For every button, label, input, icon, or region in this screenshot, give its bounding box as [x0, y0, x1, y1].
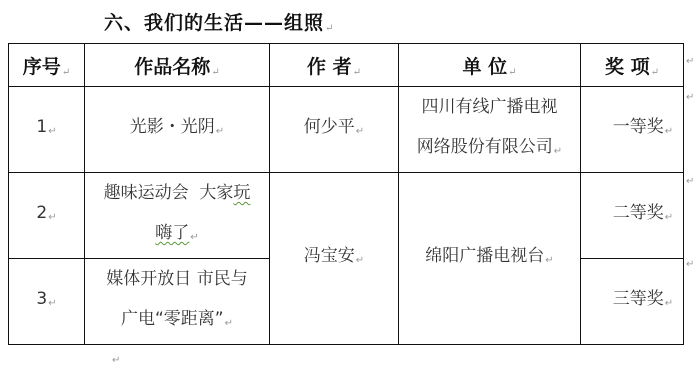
section-title-text: 六、我们的生活——组照 — [104, 12, 324, 34]
cell-number: 3↵ — [9, 259, 85, 345]
section-title: 六、我们的生活——组照↵ — [104, 8, 334, 35]
paragraph-mark-icon: ↵ — [686, 92, 694, 103]
header-work-title: 作品名称↵ — [85, 44, 270, 87]
paragraph-mark-icon: ↵ — [686, 56, 694, 67]
paragraph-mark-icon: ↵ — [686, 259, 694, 270]
table-header-row: 序号↵ 作品名称↵ 作 者↵ 单 位↵ 奖 项↵ — [9, 44, 684, 87]
cell-work-title: 媒体开放日 市民与广电“零距离”↵ — [85, 259, 270, 345]
cell-unit: 绵阳广播电视台↵ — [399, 173, 581, 345]
cell-number: 2↵ — [9, 173, 85, 259]
cell-work-title: 光影・光阴↵ — [85, 87, 270, 173]
cell-number: 1↵ — [9, 87, 85, 173]
paragraph-mark-icon: ↵ — [686, 176, 694, 187]
cell-award: 二等奖↵ — [581, 173, 684, 259]
cell-author: 何少平↵ — [270, 87, 399, 173]
table-row: 2↵ 趣味运动会 大家玩嗨了↵ 冯宝安↵ 绵阳广播电视台↵ 二等奖↵ — [9, 173, 684, 259]
header-unit: 单 位↵ — [399, 44, 581, 87]
cell-author: 冯宝安↵ — [270, 173, 399, 345]
header-award: 奖 项↵ — [581, 44, 684, 87]
paragraph-mark-icon: ↵ — [112, 355, 120, 366]
cell-unit: 四川有线广播电视网络股份有限公司↵ — [399, 87, 581, 173]
header-number: 序号↵ — [9, 44, 85, 87]
cell-award: 一等奖↵ — [581, 87, 684, 173]
awards-table: 序号↵ 作品名称↵ 作 者↵ 单 位↵ 奖 项↵ 1↵ 光影・光阴↵ 何少平↵ … — [8, 43, 684, 345]
paragraph-mark-icon: ↵ — [325, 23, 334, 34]
cell-award: 三等奖↵ — [581, 259, 684, 345]
table-row: 1↵ 光影・光阴↵ 何少平↵ 四川有线广播电视网络股份有限公司↵ 一等奖↵ — [9, 87, 684, 173]
header-author: 作 者↵ — [270, 44, 399, 87]
cell-work-title: 趣味运动会 大家玩嗨了↵ — [85, 173, 270, 259]
